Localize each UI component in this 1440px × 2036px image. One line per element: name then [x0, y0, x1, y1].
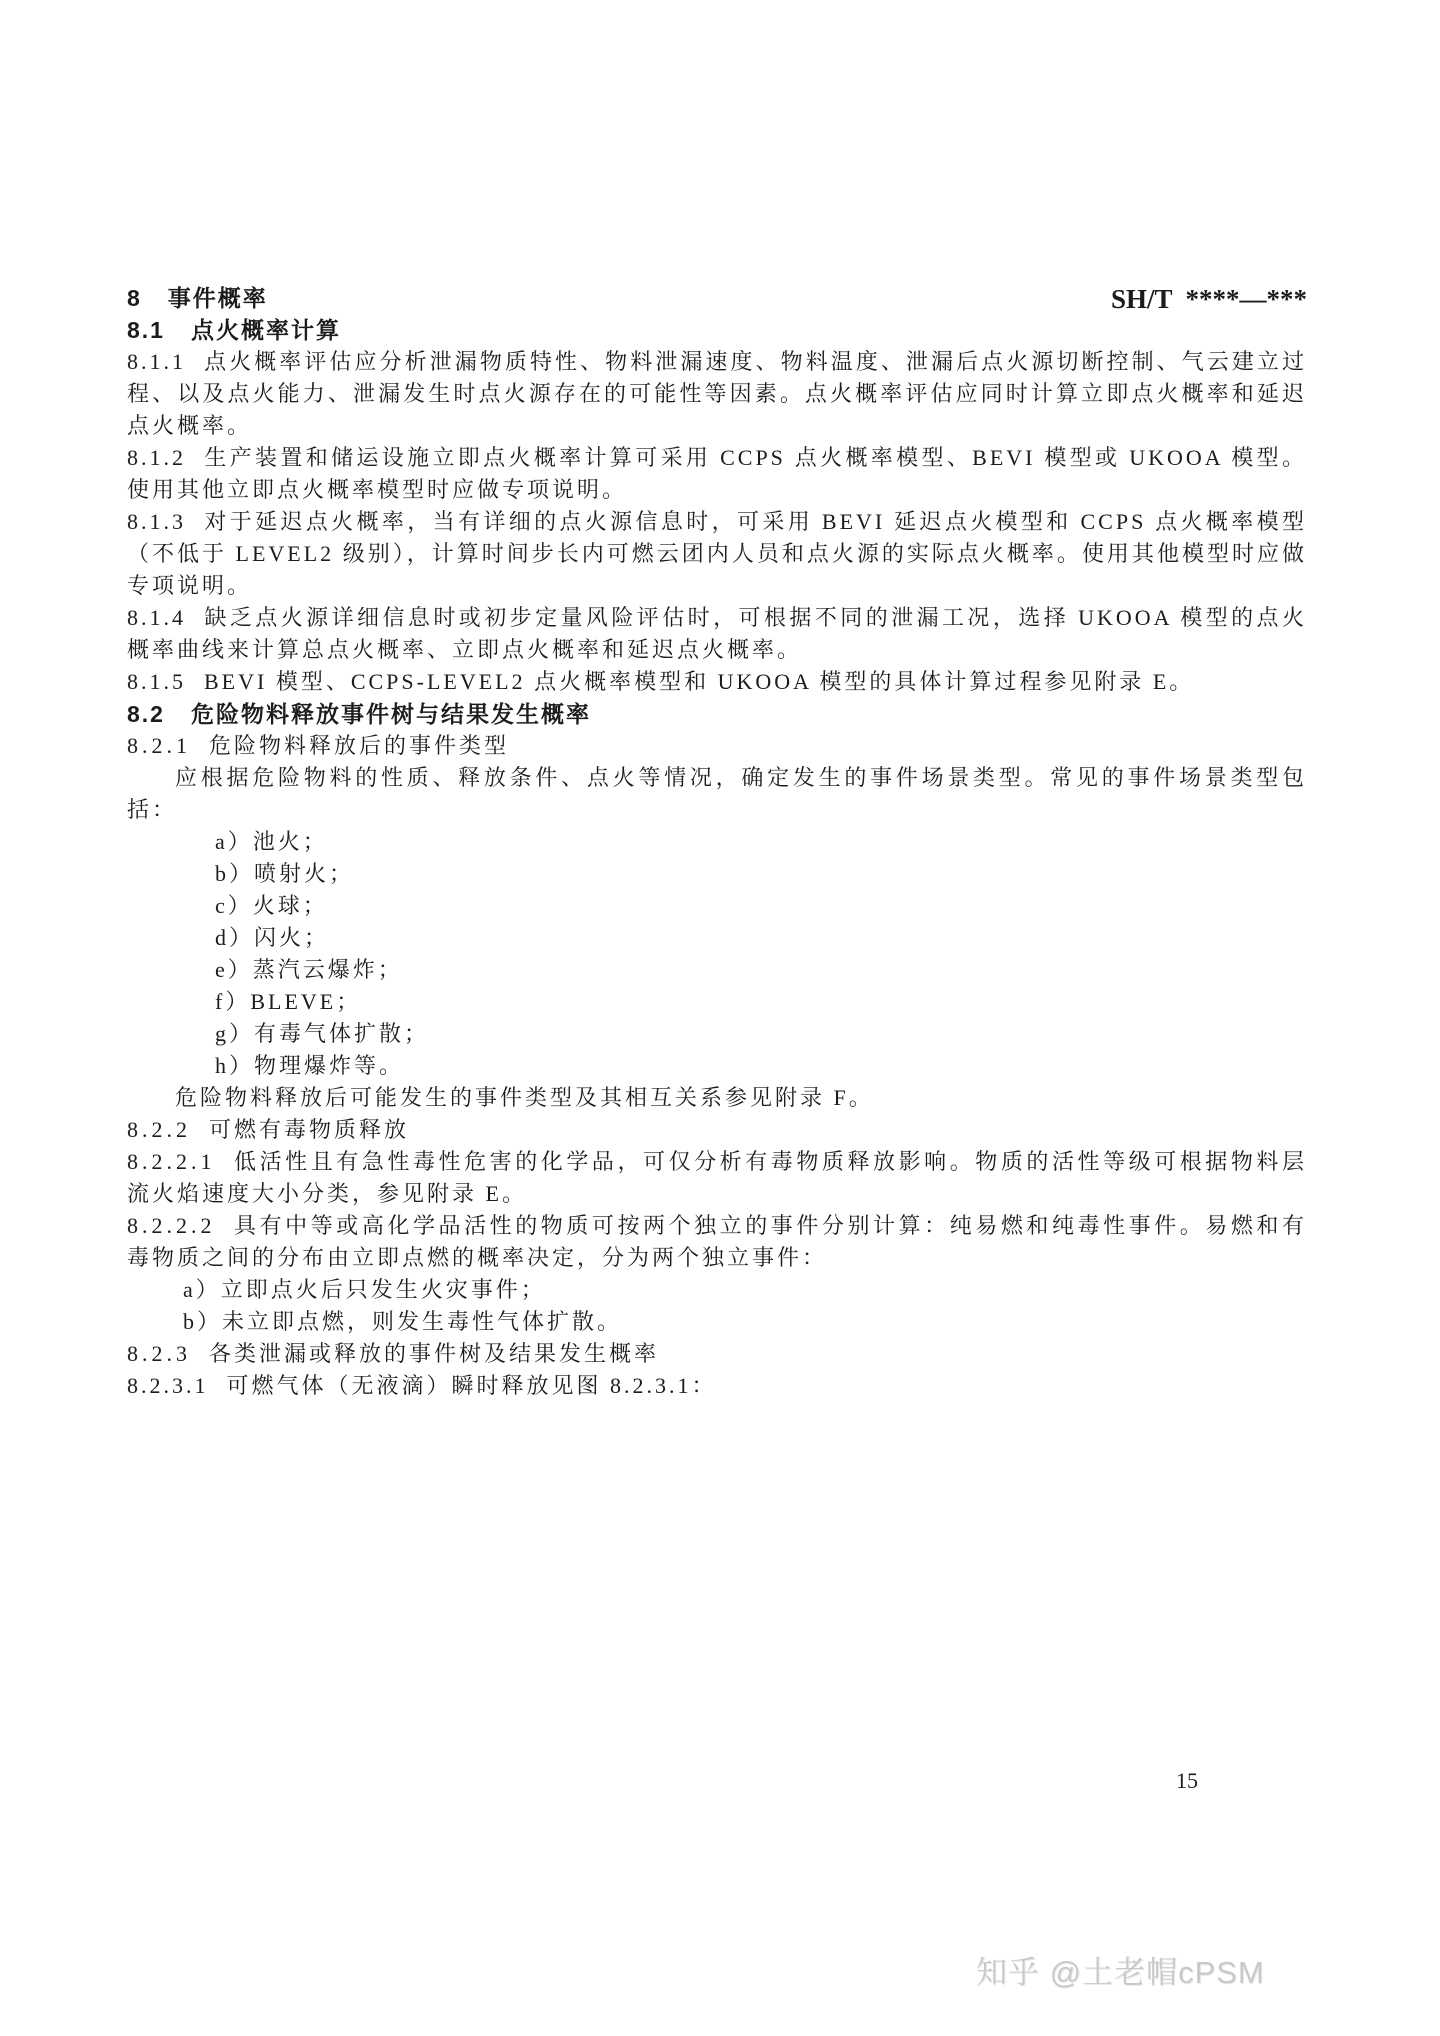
heading-8-2-num: 8.2 — [127, 701, 165, 727]
page-number: 15 — [1176, 1768, 1198, 1794]
para-8-1-3-num: 8.1.3 — [127, 509, 186, 534]
heading-8-2-2: 8.2.2可燃有毒物质释放 — [127, 1114, 1307, 1146]
para-8-1-4-num: 8.1.4 — [127, 605, 186, 630]
para-8-2-2-2-num: 8.2.2.2 — [127, 1213, 216, 1238]
heading-8-num: 8 — [127, 285, 142, 311]
para-8-1-1-text: 点火概率评估应分析泄漏物质特性、物料泄漏速度、物料温度、泄漏后点火源切断控制、气… — [127, 349, 1307, 438]
watermark: 知乎 @土老帽cPSM — [976, 1951, 1265, 1995]
para-event-ref: 危险物料释放后可能发生的事件类型及其相互关系参见附录 F。 — [127, 1082, 1307, 1114]
para-8-2-2-1-text: 低活性且有急性毒性危害的化学品，可仅分析有毒物质释放影响。物质的活性等级可根据物… — [127, 1149, 1307, 1206]
list-item-toxic-dispersion: g）有毒气体扩散； — [215, 1018, 1307, 1050]
para-8-2-2-2-text: 具有中等或高化学品活性的物质可按两个独立的事件分别计算：纯易燃和纯毒性事件。易燃… — [127, 1213, 1307, 1270]
para-8-1-3: 8.1.3对于延迟点火概率，当有详细的点火源信息时，可采用 BEVI 延迟点火模… — [127, 506, 1307, 602]
heading-8-2-2-title: 可燃有毒物质释放 — [209, 1117, 409, 1142]
para-8-2-2-1: 8.2.2.1低活性且有急性毒性危害的化学品，可仅分析有毒物质释放影响。物质的活… — [127, 1146, 1307, 1210]
para-8-2-3-1-num: 8.2.3.1 — [127, 1373, 209, 1398]
list-item-no-immediate-ignition: b）未立即点燃，则发生毒性气体扩散。 — [183, 1306, 1307, 1338]
para-8-1-2-num: 8.1.2 — [127, 445, 186, 470]
para-8-1-4-text: 缺乏点火源详细信息时或初步定量风险评估时，可根据不同的泄漏工况，选择 UKOOA… — [127, 605, 1307, 662]
para-8-1-5-text: BEVI 模型、CCPS-LEVEL2 点火概率模型和 UKOOA 模型的具体计… — [204, 669, 1194, 694]
heading-8: 8事件概率 — [127, 282, 1307, 314]
list-item-bleve: f）BLEVE； — [215, 986, 1307, 1018]
list-item-jet-fire: b）喷射火； — [215, 858, 1307, 890]
list-item-flash-fire: d）闪火； — [215, 922, 1307, 954]
para-8-2-2-2: 8.2.2.2具有中等或高化学品活性的物质可按两个独立的事件分别计算：纯易燃和纯… — [127, 1210, 1307, 1274]
para-8-2-3-1: 8.2.3.1可燃气体（无液滴）瞬时释放见图 8.2.3.1： — [127, 1370, 1307, 1402]
list-item-physical-explosion: h）物理爆炸等。 — [215, 1050, 1307, 1082]
heading-8-2-2-num: 8.2.2 — [127, 1117, 191, 1142]
heading-8-2-3-title: 各类泄漏或释放的事件树及结果发生概率 — [209, 1341, 659, 1366]
para-8-1-1: 8.1.1点火概率评估应分析泄漏物质特性、物料泄漏速度、物料温度、泄漏后点火源切… — [127, 346, 1307, 442]
list-item-vce: e）蒸汽云爆炸； — [215, 954, 1307, 986]
heading-8-2-title: 危险物料释放事件树与结果发生概率 — [191, 701, 591, 727]
event-type-list: a）池火； b）喷射火； c）火球； d）闪火； e）蒸汽云爆炸； f）BLEV… — [127, 826, 1307, 1082]
para-8-1-5: 8.1.5BEVI 模型、CCPS-LEVEL2 点火概率模型和 UKOOA 模… — [127, 666, 1307, 698]
heading-8-1: 8.1点火概率计算 — [127, 314, 1307, 346]
list-item-fireball: c）火球； — [215, 890, 1307, 922]
heading-8-2-3: 8.2.3各类泄漏或释放的事件树及结果发生概率 — [127, 1338, 1307, 1370]
document-page: SH/T ****—*** 8事件概率 8.1点火概率计算 8.1.1点火概率评… — [0, 0, 1440, 2036]
para-8-1-3-text: 对于延迟点火概率，当有详细的点火源信息时，可采用 BEVI 延迟点火模型和 CC… — [127, 509, 1307, 598]
para-8-1-4: 8.1.4缺乏点火源详细信息时或初步定量风险评估时，可根据不同的泄漏工况，选择 … — [127, 602, 1307, 666]
heading-8-2-3-num: 8.2.3 — [127, 1341, 191, 1366]
para-8-1-1-num: 8.1.1 — [127, 349, 186, 374]
heading-8-1-title: 点火概率计算 — [191, 317, 341, 343]
para-8-1-2: 8.1.2生产装置和储运设施立即点火概率计算可采用 CCPS 点火概率模型、BE… — [127, 442, 1307, 506]
para-8-2-3-1-text: 可燃气体（无液滴）瞬时释放见图 8.2.3.1： — [227, 1373, 717, 1398]
list-item-pool-fire: a）池火； — [215, 826, 1307, 858]
para-8-2-2-1-num: 8.2.2.1 — [127, 1149, 216, 1174]
heading-8-2-1-num: 8.2.1 — [127, 733, 191, 758]
heading-8-2-1-title: 危险物料释放后的事件类型 — [209, 733, 509, 758]
para-8-1-2-text: 生产装置和储运设施立即点火概率计算可采用 CCPS 点火概率模型、BEVI 模型… — [127, 445, 1307, 502]
heading-8-2: 8.2危险物料释放事件树与结果发生概率 — [127, 698, 1307, 730]
doc-body: 8事件概率 8.1点火概率计算 8.1.1点火概率评估应分析泄漏物质特性、物料泄… — [127, 282, 1307, 1402]
heading-8-1-num: 8.1 — [127, 317, 165, 343]
independent-event-list: a）立即点火后只发生火灾事件； b）未立即点燃，则发生毒性气体扩散。 — [127, 1274, 1307, 1338]
heading-8-2-1: 8.2.1危险物料释放后的事件类型 — [127, 730, 1307, 762]
para-8-1-5-num: 8.1.5 — [127, 669, 186, 694]
heading-8-title: 事件概率 — [168, 285, 268, 311]
list-item-immediate-ignition: a）立即点火后只发生火灾事件； — [183, 1274, 1307, 1306]
para-event-intro: 应根据危险物料的性质、释放条件、点火等情况，确定发生的事件场景类型。常见的事件场… — [127, 762, 1307, 826]
